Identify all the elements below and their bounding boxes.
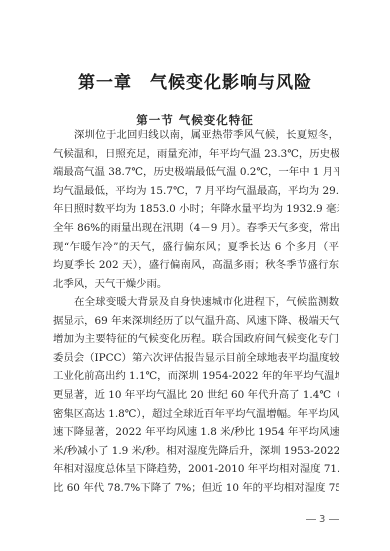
paragraph-climate-change-trends: 在全球变暖大背景及自身快速城市化进程下，气候监测数 据显示，69 年来深圳经历了… bbox=[53, 293, 339, 498]
text-line: 密集区高达 1.8℃），超过全球近百年平均气温增幅。年平均风 bbox=[53, 405, 339, 424]
text-line: 增加为主要特征的气候变化历程。联合国政府间气候变化专门 bbox=[53, 330, 339, 349]
text-line: 年日照时数平均为 1853.0 小时；年降水量平均为 1932.9 毫米， bbox=[53, 200, 339, 219]
dash-decoration bbox=[306, 519, 316, 520]
dash-decoration bbox=[329, 519, 339, 520]
text-line: 米/秒减小了 1.9 米/秒。相对湿度先降后升，深圳 1953-2022 bbox=[53, 442, 339, 461]
chapter-title: 第一章 气候变化影响与风险 bbox=[0, 68, 390, 93]
text-line: 北季风，天气干燥少雨。 bbox=[53, 275, 339, 294]
text-line: 委员会（IPCC）第六次评估报告显示目前全球地表平均温度较 bbox=[53, 349, 339, 368]
text-line: 端最高气温 38.7℃，历史极端最低气温 0.2℃，一年中 1 月平 bbox=[53, 163, 339, 182]
text-line: 均气温最低，平均为 15.7℃，7 月平均气温最高，平均为 29.0℃； bbox=[53, 182, 339, 201]
text-line: 年相对湿度总体呈下降趋势，2001-2010 年平均相对湿度 71.6% bbox=[53, 460, 339, 479]
text-line: 均夏季长 202 天），盛行偏南风，高温多雨；秋冬季节盛行东 bbox=[53, 256, 339, 275]
text-line: 据显示，69 年来深圳经历了以气温升高、风速下降、极端天气 bbox=[53, 312, 339, 331]
text-line: 全年 86%的雨量出现在汛期（4－9 月）。春季天气多变，常出 bbox=[53, 219, 339, 238]
text-line: 更显著，近 10 年平均气温比 20 世纪 60 年代升高了 1.4℃（城市 bbox=[53, 386, 339, 405]
text-line: 气候温和，日照充足，雨量充沛，年平均气温 23.3℃，历史极 bbox=[53, 145, 339, 164]
text-line: 在全球变暖大背景及自身快速城市化进程下，气候监测数 bbox=[53, 293, 339, 312]
text-line: 工业化前高出约 1.1℃，而深圳 1954-2022 年的年平均气温增长 bbox=[53, 367, 339, 386]
text-line: 现“乍暖乍冷”的天气，盛行偏东风；夏季长达 6 个多月（平 bbox=[53, 238, 339, 257]
page-number-value: 3 bbox=[319, 514, 326, 525]
text-line: 深圳位于北回归线以南，属亚热带季风气候，长夏短冬， bbox=[53, 126, 339, 145]
paragraph-climate-overview: 深圳位于北回归线以南，属亚热带季风气候，长夏短冬， 气候温和，日照充足，雨量充沛… bbox=[53, 126, 339, 293]
page-number: 3 bbox=[303, 514, 342, 525]
document-page: 第一章 气候变化影响与风险 第一节 气候变化特征 深圳位于北回归线以南，属亚热带… bbox=[0, 0, 390, 551]
text-line: 比 60 年代 78.7%下降了 7%；但近 10 年的平均相对湿度 75.6%… bbox=[53, 479, 339, 498]
text-line: 速下降显著，2022 年平均风速 1.8 米/秒比 1954 年平均风速 3.7 bbox=[53, 423, 339, 442]
